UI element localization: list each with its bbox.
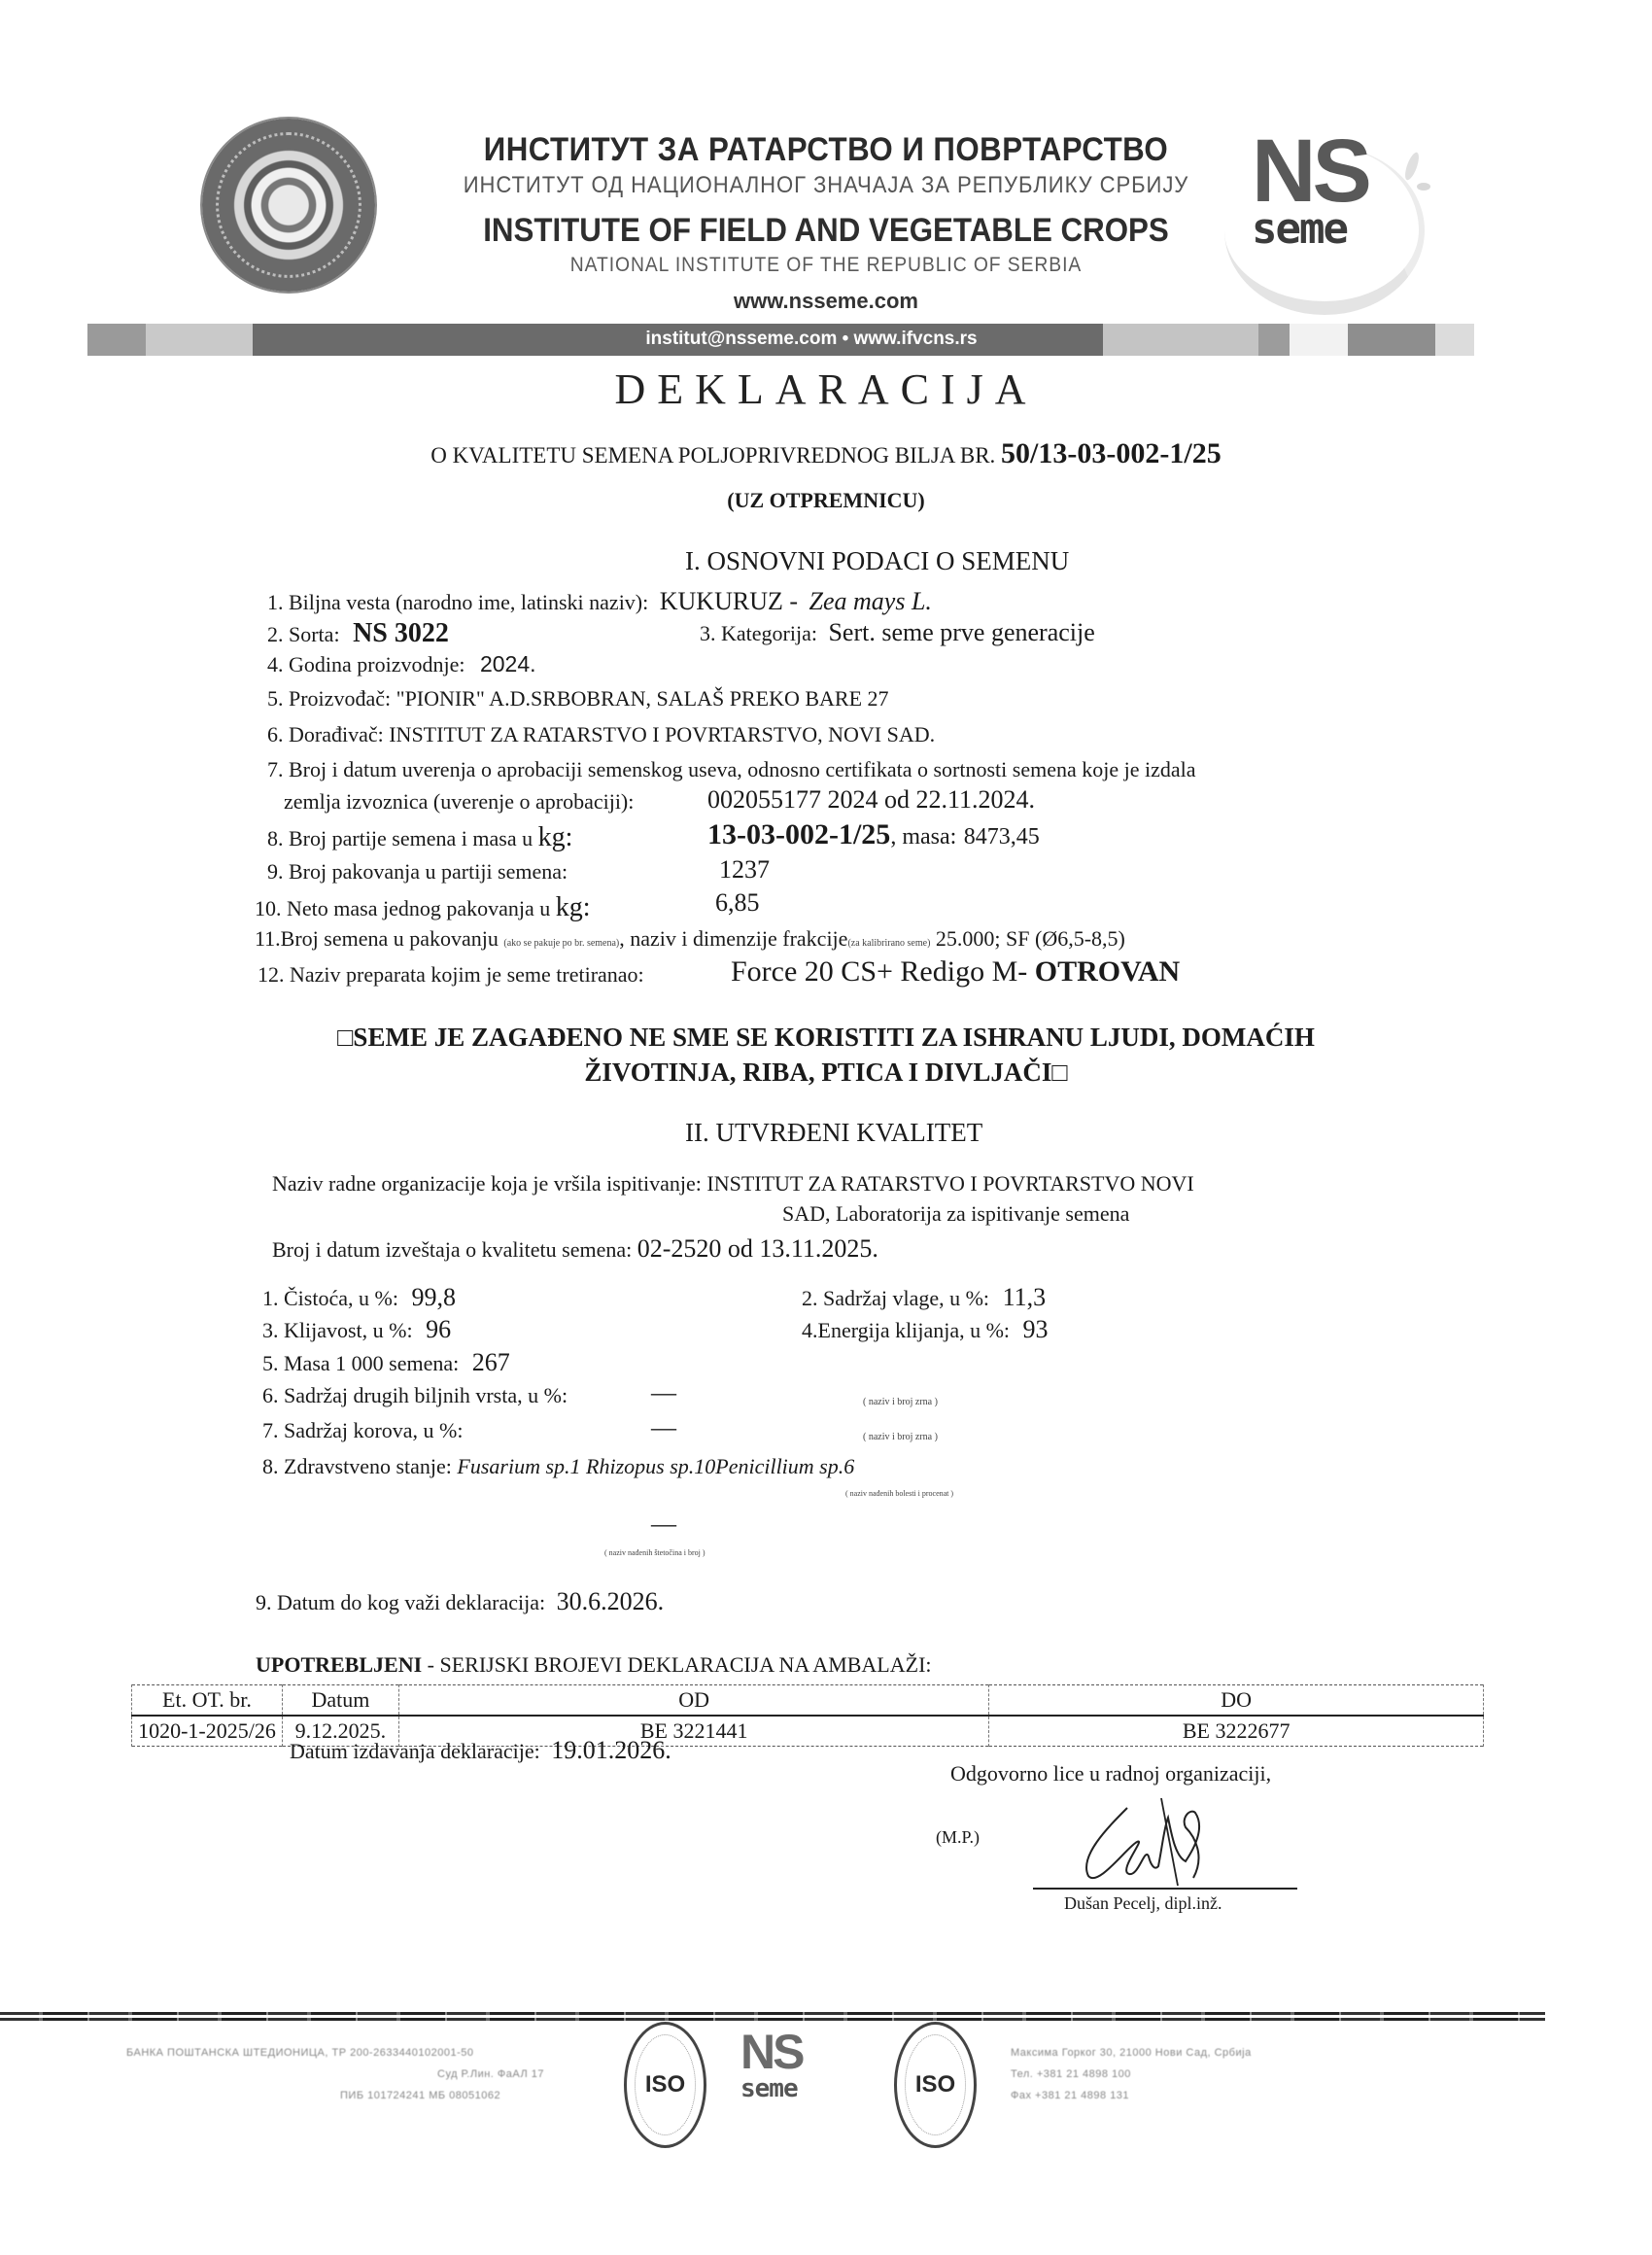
testing-organization-value: INSTITUT ZA RATARSTVO I POVRTARSTVO NOVI <box>706 1171 1193 1196</box>
packages-count-value: 1237 <box>719 855 770 885</box>
q3-germination: 3. Klijavost, u %: 96 <box>262 1315 451 1344</box>
contamination-warning-2: ŽIVOTINJA, RIBA, PTICA I DIVLJAČI□ <box>0 1058 1652 1088</box>
q8-health-status: 8. Zdravstveno stanje: Fusarium sp.1 Rhi… <box>262 1454 854 1479</box>
document-title: DEKLARACIJA <box>0 364 1652 414</box>
production-year-value: 2024. <box>480 651 536 676</box>
q1-purity: 1. Čistoća, u %: 99,8 <box>262 1283 456 1312</box>
other-species-value: — <box>651 1378 676 1407</box>
serials-header-row: Et. OT. br. Datum OD DO <box>132 1685 1484 1717</box>
item-8-lot-number: 8. Broj partije semena i masa u kg: <box>267 822 572 853</box>
item-7-approval-label: 7. Broj i datum uverenja o aprobaciji se… <box>267 757 1196 782</box>
uz-otpremnicu: (UZ OTPREMNICU) <box>0 488 1652 513</box>
weeds-value: — <box>651 1413 676 1442</box>
serials-heading: UPOTREBLJENI - SERIJSKI BROJEVI DEKLARAC… <box>256 1652 932 1678</box>
stamp-placeholder: (M.P.) <box>936 1827 980 1848</box>
footer-tax-info: ПИБ 101724241 МБ 08051062 <box>340 2090 500 2101</box>
item-7-approval-label-2: zemlja izvoznica (uverenje o aprobaciji)… <box>284 789 634 815</box>
signatory-name: Dušan Pecelj, dipl.inž. <box>1064 1893 1222 1914</box>
logo-ns-text: NS <box>1252 126 1368 216</box>
lot-mass-value: 8473,45 <box>964 824 1040 850</box>
health-status-note: ( naziv nađenih bolesti i procenat ) <box>845 1489 953 1498</box>
pests-value: — <box>651 1509 676 1539</box>
iso-certification-badge-1: ISO <box>624 2022 706 2148</box>
net-mass-value: 6,85 <box>715 888 760 918</box>
poison-warning: OTROVAN <box>1035 955 1180 988</box>
moisture-value: 11,3 <box>1003 1283 1047 1311</box>
declaration-number: 50/13-03-002-1/25 <box>1001 437 1222 469</box>
subtitle-prefix: O KVALITETU SEMENA POLJOPRIVREDNOG BILJA… <box>430 443 995 468</box>
seeds-per-package-value: 25.000; SF (Ø6,5-8,5) <box>936 926 1125 951</box>
document-subtitle: O KVALITETU SEMENA POLJOPRIVREDNOG BILJA… <box>0 437 1652 470</box>
purity-value: 99,8 <box>411 1283 456 1311</box>
signature-icon <box>1069 1788 1224 1895</box>
ns-seme-logo: NS seme <box>1234 126 1399 272</box>
footer-divider <box>0 2012 1555 2024</box>
treatment-group: Force 20 CS+ Redigo M- OTROVAN <box>731 955 1180 989</box>
issue-date: Datum izdavanja deklaracije: 19.01.2026. <box>290 1736 671 1765</box>
health-status-value: Fusarium sp.1 Rhizopus sp.10Penicillium … <box>457 1454 854 1478</box>
thousand-seed-mass-value: 267 <box>472 1348 510 1376</box>
logo-seme-text: seme <box>1252 208 1347 251</box>
q7-weeds: 7. Sadržaj korova, u %: <box>262 1418 464 1443</box>
item-1-plant-species: 1. Biljna vesta (narodno ime, latinski n… <box>267 587 932 616</box>
quality-report-value: 02-2520 od 13.11.2025. <box>637 1234 878 1263</box>
plant-species-value: KUKURUZ - <box>660 587 798 615</box>
pests-note: ( naziv nađenih štetočina i broj ) <box>604 1548 706 1557</box>
processor-value: INSTITUT ZA RATARSTVO I POVRTARSTVO, NOV… <box>389 722 935 746</box>
cell-et-ot: 1020-1-2025/26 <box>132 1716 283 1747</box>
footer-address: Максима Горког 30, 21000 Нови Сад, Србиј… <box>1011 2047 1252 2059</box>
testing-organization: Naziv radne organizacije koja je vršila … <box>272 1171 1194 1197</box>
banner-contact-text: institut@nsseme.com • www.ifvcns.rs <box>87 329 1535 350</box>
quality-report: Broj i datum izveštaja o kvalitetu semen… <box>272 1234 878 1264</box>
col-header-datum: Datum <box>282 1685 398 1717</box>
q2-moisture: 2. Sadržaj vlage, u %: 11,3 <box>802 1283 1046 1312</box>
footer-phone: Тел. +381 21 4898 100 <box>1011 2068 1131 2080</box>
footer-ns-seme-logo: NS seme <box>740 2028 802 2101</box>
col-header-et-ot: Et. OT. br. <box>132 1685 283 1717</box>
producer-value: "PIONIR" A.D.SRBOBRAN, SALAŠ PREKO BARE … <box>396 686 889 711</box>
item-4-production-year: 4. Godina proizvodnje: 2024. <box>267 651 536 677</box>
other-species-note: ( naziv i broj zrna ) <box>863 1397 938 1407</box>
section2-heading: II. UTVRĐENI KVALITET <box>685 1118 982 1148</box>
plant-latin-name: Zea mays L. <box>809 587 932 615</box>
item-12-treatment: 12. Naziv preparata kojim je seme tretir… <box>258 962 644 988</box>
iso-certification-badge-2: ISO <box>894 2022 977 2148</box>
item-5-producer: 5. Proizvođač: "PIONIR" A.D.SRBOBRAN, SA… <box>267 686 889 711</box>
variety-value: NS 3022 <box>353 618 449 648</box>
item-2-variety: 2. Sorta: NS 3022 <box>267 618 449 649</box>
lot-number-value: 13-03-002-1/25 <box>707 818 890 850</box>
germination-value: 96 <box>426 1315 451 1343</box>
q9-valid-until: 9. Datum do kog važi deklaracija: 30.6.2… <box>256 1587 664 1616</box>
item-9-packages-count: 9. Broj pakovanja u partiji semena: <box>267 859 568 885</box>
weeds-note: ( naziv i broj zrna ) <box>863 1432 938 1442</box>
item-6-processor: 6. Dorađivač: INSTITUT ZA RATARSTVO I PO… <box>267 722 935 747</box>
contamination-warning-1: □SEME JE ZAGAĐENO NE SME SE KORISTITI ZA… <box>0 1023 1652 1053</box>
footer-fax: Фах +381 21 4898 131 <box>1011 2090 1129 2101</box>
website-link[interactable]: www.nsseme.com <box>0 289 1652 314</box>
section1-heading: I. OSNOVNI PODACI O SEMENU <box>685 546 1069 576</box>
col-header-do: DO <box>989 1685 1484 1717</box>
valid-until-value: 30.6.2026. <box>557 1587 665 1615</box>
germination-energy-value: 93 <box>1023 1315 1049 1343</box>
signature-line <box>1033 1888 1297 1890</box>
item-11-seeds-per-package: 11.Broj semena u pakovanju (ako se pakuj… <box>255 926 1125 952</box>
responsible-person-label: Odgovorno lice u radnoj organizaciji, <box>950 1761 1271 1787</box>
q6-other-species: 6. Sadržaj drugih biljnih vrsta, u %: <box>262 1383 568 1408</box>
issue-date-value: 19.01.2026. <box>551 1736 671 1764</box>
footer-court-info: Суд Р.Лин. ФаАЛ 17 <box>437 2068 544 2080</box>
testing-organization-value-2: SAD, Laboratorija za ispitivanje semena <box>782 1201 1129 1227</box>
footer-bank-info: БАНКА ПОШТАНСКА ШТЕДИОНИЦА, ТР 200-26334… <box>126 2047 474 2059</box>
contact-banner: institut@nsseme.com • www.ifvcns.rs <box>87 324 1535 356</box>
cell-do: BE 3222677 <box>989 1716 1484 1747</box>
lot-number-group: 13-03-002-1/25, masa: 8473,45 <box>707 818 1040 851</box>
treatment-value: Force 20 CS+ Redigo M- <box>731 955 1027 988</box>
item-3-category: 3. Kategorija: Sert. seme prve generacij… <box>700 618 1095 647</box>
category-value: Sert. seme prve generacije <box>828 618 1094 646</box>
item-10-net-mass: 10. Neto masa jednog pakovanja u kg: <box>255 892 591 923</box>
q5-thousand-seed-mass: 5. Masa 1 000 semena: 267 <box>262 1348 510 1377</box>
col-header-od: OD <box>398 1685 989 1717</box>
q4-germination-energy: 4.Energija klijanja, u %: 93 <box>802 1315 1049 1344</box>
approval-certificate-value: 002055177 2024 od 22.11.2024. <box>707 785 1035 815</box>
